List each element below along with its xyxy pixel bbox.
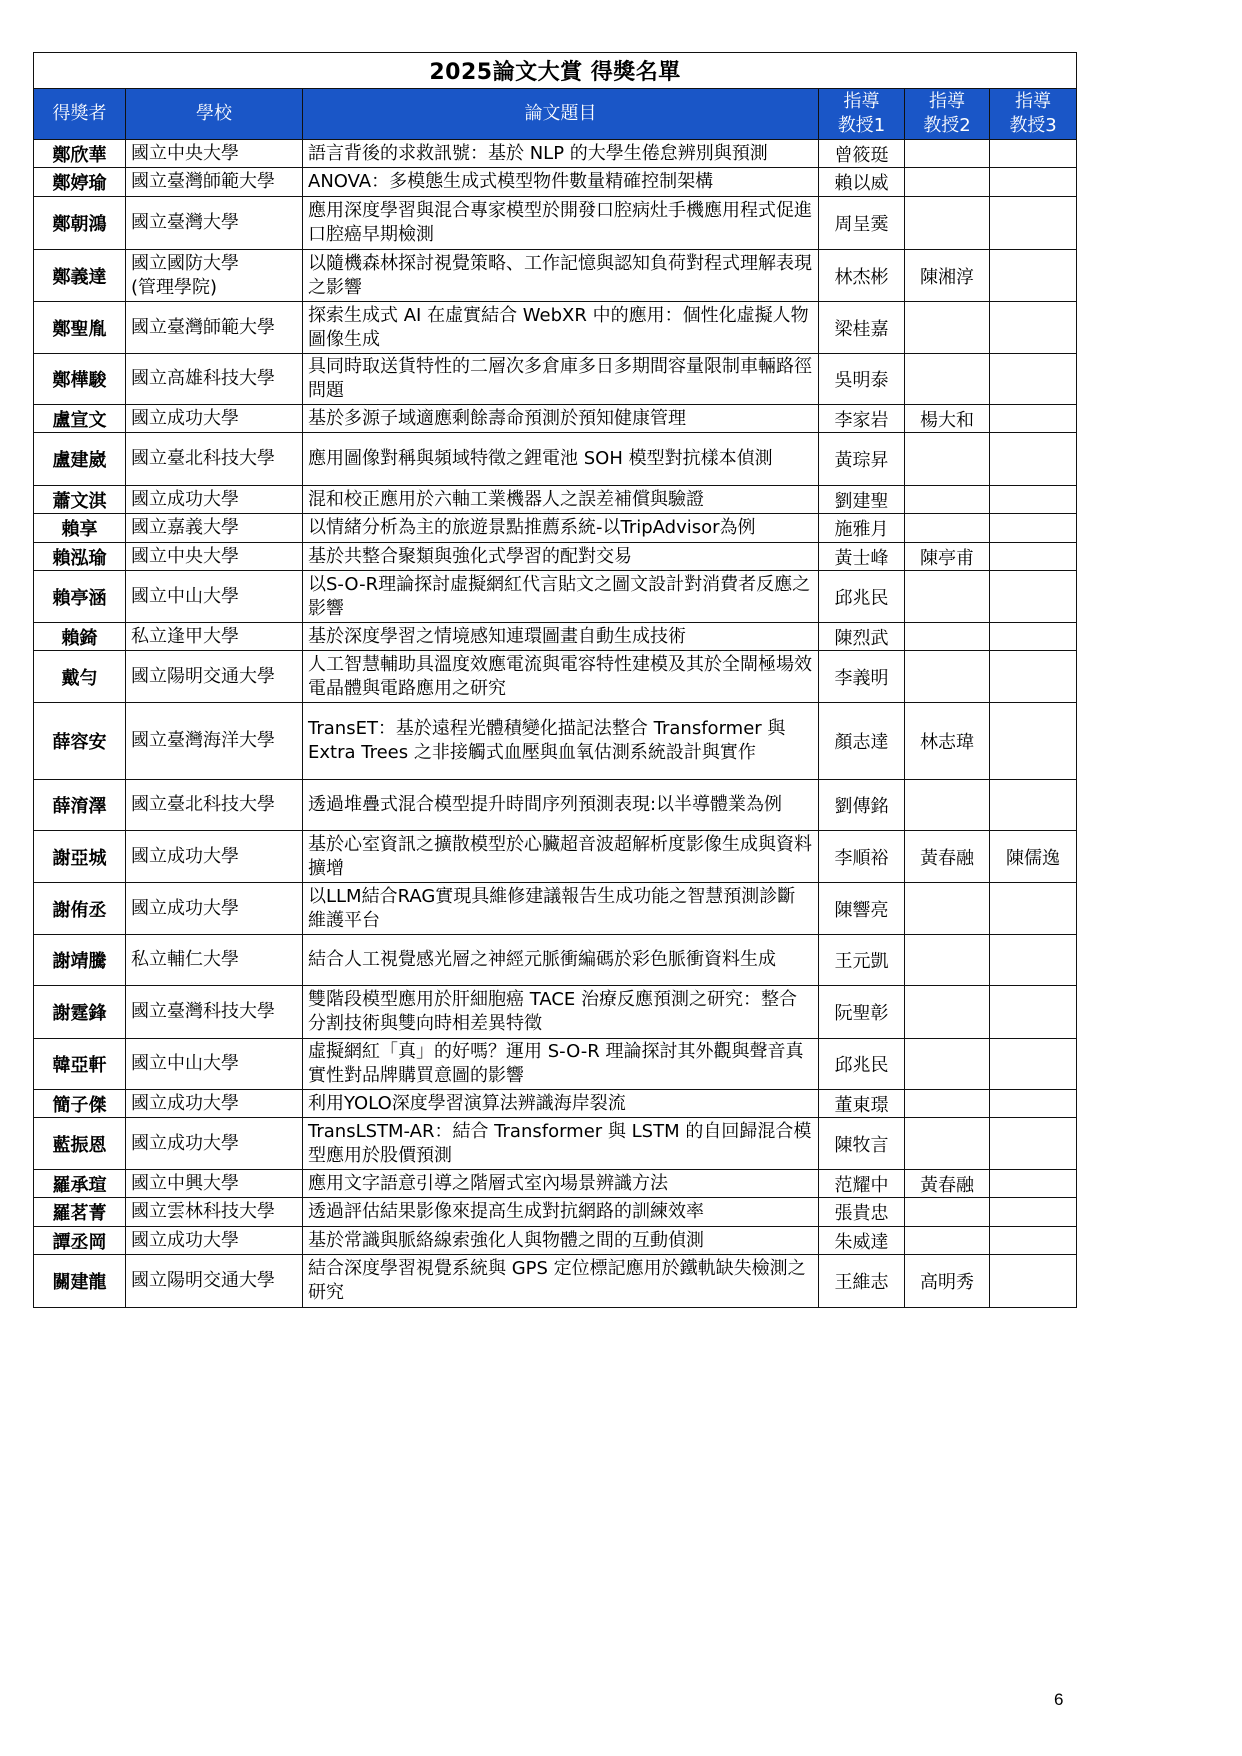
advisor-2-cell: 高明秀 — [905, 1255, 990, 1308]
advisor-1-cell: 朱威達 — [819, 1227, 905, 1255]
advisor-2-cell — [905, 302, 990, 354]
school-cell: 國立高雄科技大學 — [126, 354, 303, 405]
advisor-3-cell — [990, 433, 1077, 486]
advisor-1-cell: 王維志 — [819, 1255, 905, 1308]
table-row: 鄭婷瑜國立臺灣師範大學ANOVA：多模態生成式模型物件數量精確控制架構賴以威 — [34, 168, 1077, 197]
advisor-1-cell: 王元凱 — [819, 935, 905, 986]
advisor-1-cell: 邱兆民 — [819, 1039, 905, 1090]
advisor-1-cell: 曾筱珽 — [819, 140, 905, 168]
advisor-2-cell — [905, 651, 990, 703]
advisor-3-cell — [990, 168, 1077, 197]
document-page: 2025論文大賞 得獎名單 得獎者 學校 論文題目 指導 教授1 指導 教授2 … — [0, 0, 1242, 1756]
table-row: 謝霆鋒國立臺灣科技大學雙階段模型應用於肝細胞癌 TACE 治療反應預測之研究：整… — [34, 986, 1077, 1039]
school-cell: 國立中央大學 — [126, 543, 303, 571]
advisor-3-cell — [990, 354, 1077, 405]
table-title: 2025論文大賞 得獎名單 — [34, 53, 1077, 89]
awardee-name-cell: 謝靖騰 — [34, 935, 126, 986]
advisor-2-cell — [905, 935, 990, 986]
column-header-awardee: 得獎者 — [34, 89, 126, 140]
advisor-3-cell — [990, 197, 1077, 250]
thesis-title-cell: 混和校正應用於六軸工業機器人之誤差補償與驗證 — [303, 486, 819, 514]
thesis-title-cell: 結合人工視覺感光層之神經元脈衝編碼於彩色脈衝資料生成 — [303, 935, 819, 986]
advisor-1-cell: 陳烈武 — [819, 623, 905, 651]
advisor-2-cell — [905, 433, 990, 486]
advisor-3-cell — [990, 1227, 1077, 1255]
school-cell: 國立成功大學 — [126, 1227, 303, 1255]
table-row: 謝靖騰私立輔仁大學結合人工視覺感光層之神經元脈衝編碼於彩色脈衝資料生成王元凱 — [34, 935, 1077, 986]
awardee-name-cell: 羅承瑄 — [34, 1170, 126, 1198]
advisor-2-cell: 楊大和 — [905, 405, 990, 433]
school-cell: 國立雲林科技大學 — [126, 1198, 303, 1227]
awardee-name-cell: 賴泓瑜 — [34, 543, 126, 571]
advisor-3-cell — [990, 571, 1077, 623]
table-row: 盧宣文國立成功大學基於多源子域適應剩餘壽命預測於預知健康管理李家岩楊大和 — [34, 405, 1077, 433]
thesis-title-cell: 具同時取送貨特性的二層次多倉庫多日多期間容量限制車輛路徑問題 — [303, 354, 819, 405]
advisor-2-cell: 陳湘淳 — [905, 250, 990, 302]
advisor-3-cell — [990, 780, 1077, 831]
advisor-2-cell — [905, 514, 990, 543]
advisor-1-cell: 黃琮昇 — [819, 433, 905, 486]
thesis-title-cell: TransLSTM-AR：結合 Transformer 與 LSTM 的自回歸混… — [303, 1118, 819, 1170]
thesis-title-cell: 基於常識與脈絡線索強化人與物體之間的互動偵測 — [303, 1227, 819, 1255]
advisor-1-cell: 劉建聖 — [819, 486, 905, 514]
advisor-1-cell: 林杰彬 — [819, 250, 905, 302]
table-row: 關建龍國立陽明交通大學結合深度學習視覺系統與 GPS 定位標記應用於鐵軌缺失檢測… — [34, 1255, 1077, 1308]
advisor-1-cell: 梁桂嘉 — [819, 302, 905, 354]
advisor-1-cell: 吳明泰 — [819, 354, 905, 405]
school-cell: 國立臺灣師範大學 — [126, 302, 303, 354]
awardee-name-cell: 鄭婷瑜 — [34, 168, 126, 197]
table-row: 謝侑丞國立成功大學以LLM結合RAG實現具維修建議報告生成功能之智慧預測診斷維護… — [34, 883, 1077, 935]
school-cell: 國立成功大學 — [126, 1118, 303, 1170]
awardee-name-cell: 謝霆鋒 — [34, 986, 126, 1039]
school-cell: 國立中央大學 — [126, 140, 303, 168]
thesis-title-cell: 基於共整合聚類與強化式學習的配對交易 — [303, 543, 819, 571]
advisor-3-cell — [990, 1118, 1077, 1170]
school-cell: 國立陽明交通大學 — [126, 651, 303, 703]
table-row: 鄭聖胤國立臺灣師範大學探索生成式 AI 在虛實結合 WebXR 中的應用：個性化… — [34, 302, 1077, 354]
awardee-name-cell: 賴錡 — [34, 623, 126, 651]
thesis-title-cell: 利用YOLO深度學習演算法辨識海岸裂流 — [303, 1090, 819, 1118]
school-cell: 國立中山大學 — [126, 1039, 303, 1090]
awardee-name-cell: 鄭義達 — [34, 250, 126, 302]
advisor-2-cell — [905, 1090, 990, 1118]
school-cell: 國立成功大學 — [126, 831, 303, 883]
thesis-title-cell: 透過評估結果影像來提高生成對抗網路的訓練效率 — [303, 1198, 819, 1227]
awardee-name-cell: 蕭文淇 — [34, 486, 126, 514]
table-header-row: 得獎者 學校 論文題目 指導 教授1 指導 教授2 指導 教授3 — [34, 89, 1077, 140]
thesis-title-cell: 以S-O-R理論探討虛擬網紅代言貼文之圖文設計對消費者反應之影響 — [303, 571, 819, 623]
advisor-3-cell — [990, 1255, 1077, 1308]
thesis-title-cell: 應用圖像對稱與頻域特徵之鋰電池 SOH 模型對抗樣本偵測 — [303, 433, 819, 486]
thesis-title-cell: 基於深度學習之情境感知連環圖畫自動生成技術 — [303, 623, 819, 651]
advisor-3-cell — [990, 514, 1077, 543]
advisor-3-cell — [990, 250, 1077, 302]
column-header-school: 學校 — [126, 89, 303, 140]
thesis-title-cell: 應用文字語意引導之階層式室內場景辨識方法 — [303, 1170, 819, 1198]
advisor-3-cell — [990, 623, 1077, 651]
advisor-1-cell: 阮聖彰 — [819, 986, 905, 1039]
awardee-name-cell: 戴勻 — [34, 651, 126, 703]
advisor-3-cell — [990, 140, 1077, 168]
school-cell: 國立臺北科技大學 — [126, 433, 303, 486]
awardee-name-cell: 譚丞岡 — [34, 1227, 126, 1255]
column-header-advisor-3: 指導 教授3 — [990, 89, 1077, 140]
awardee-name-cell: 鄭欣華 — [34, 140, 126, 168]
advisor-1-cell: 范耀中 — [819, 1170, 905, 1198]
advisor-1-cell: 顏志達 — [819, 703, 905, 780]
thesis-title-cell: TransET：基於遠程光體積變化描記法整合 Transformer 與 Ext… — [303, 703, 819, 780]
awardee-name-cell: 謝侑丞 — [34, 883, 126, 935]
awardee-name-cell: 關建龍 — [34, 1255, 126, 1308]
advisor-1-cell: 邱兆民 — [819, 571, 905, 623]
advisor-2-cell — [905, 986, 990, 1039]
thesis-title-cell: 應用深度學習與混合專家模型於開發口腔病灶手機應用程式促進口腔癌早期檢測 — [303, 197, 819, 250]
thesis-title-cell: 基於心室資訊之擴散模型於心臟超音波超解析度影像生成與資料擴增 — [303, 831, 819, 883]
awardee-name-cell: 賴享 — [34, 514, 126, 543]
table-row: 鄭樺駿國立高雄科技大學具同時取送貨特性的二層次多倉庫多日多期間容量限制車輛路徑問… — [34, 354, 1077, 405]
thesis-title-cell: 以情緒分析為主的旅遊景點推薦系統-以TripAdvisor為例 — [303, 514, 819, 543]
advisor-2-cell: 黃春融 — [905, 1170, 990, 1198]
table-row: 薛容安國立臺灣海洋大學TransET：基於遠程光體積變化描記法整合 Transf… — [34, 703, 1077, 780]
column-header-advisor-2: 指導 教授2 — [905, 89, 990, 140]
thesis-title-cell: 以隨機森林探討視覺策略、工作記憶與認知負荷對程式理解表現之影響 — [303, 250, 819, 302]
advisor-1-cell: 董東璟 — [819, 1090, 905, 1118]
advisor-1-cell: 張貴忠 — [819, 1198, 905, 1227]
advisor-1-cell: 黃士峰 — [819, 543, 905, 571]
school-cell: 私立逢甲大學 — [126, 623, 303, 651]
table-body: 鄭欣華國立中央大學語言背後的求救訊號：基於 NLP 的大學生倦怠辨別與預測曾筱珽… — [34, 140, 1077, 1308]
advisor-1-cell: 賴以威 — [819, 168, 905, 197]
table-row: 賴錡私立逢甲大學基於深度學習之情境感知連環圖畫自動生成技術陳烈武 — [34, 623, 1077, 651]
table-row: 韓亞軒國立中山大學虛擬網紅「真」的好嗎？運用 S-O-R 理論探討其外觀與聲音真… — [34, 1039, 1077, 1090]
school-cell: 國立中興大學 — [126, 1170, 303, 1198]
thesis-title-cell: 以LLM結合RAG實現具維修建議報告生成功能之智慧預測診斷維護平台 — [303, 883, 819, 935]
school-cell: 國立成功大學 — [126, 1090, 303, 1118]
advisor-2-cell — [905, 486, 990, 514]
advisor-3-cell — [990, 883, 1077, 935]
advisor-2-cell — [905, 168, 990, 197]
advisor-3-cell — [990, 703, 1077, 780]
awardee-name-cell: 賴亭涵 — [34, 571, 126, 623]
advisor-1-cell: 施雅月 — [819, 514, 905, 543]
table-row: 羅茗菁國立雲林科技大學透過評估結果影像來提高生成對抗網路的訓練效率張貴忠 — [34, 1198, 1077, 1227]
thesis-title-cell: 結合深度學習視覺系統與 GPS 定位標記應用於鐵軌缺失檢測之研究 — [303, 1255, 819, 1308]
table-row: 鄭朝鴻國立臺灣大學應用深度學習與混合專家模型於開發口腔病灶手機應用程式促進口腔癌… — [34, 197, 1077, 250]
advisor-2-cell — [905, 197, 990, 250]
table-row: 鄭欣華國立中央大學語言背後的求救訊號：基於 NLP 的大學生倦怠辨別與預測曾筱珽 — [34, 140, 1077, 168]
advisor-2-cell — [905, 1118, 990, 1170]
awardee-name-cell: 謝亞城 — [34, 831, 126, 883]
table-row: 盧建崴國立臺北科技大學應用圖像對稱與頻域特徵之鋰電池 SOH 模型對抗樣本偵測黃… — [34, 433, 1077, 486]
advisor-3-cell — [990, 486, 1077, 514]
column-header-advisor-1: 指導 教授1 — [819, 89, 905, 140]
school-cell: 國立陽明交通大學 — [126, 1255, 303, 1308]
advisor-3-cell — [990, 302, 1077, 354]
awardee-name-cell: 鄭樺駿 — [34, 354, 126, 405]
awardee-name-cell: 簡子傑 — [34, 1090, 126, 1118]
advisor-1-cell: 李順裕 — [819, 831, 905, 883]
advisor-2-cell: 林志瑋 — [905, 703, 990, 780]
table-row: 賴泓瑜國立中央大學基於共整合聚類與強化式學習的配對交易黃士峰陳亭甫 — [34, 543, 1077, 571]
school-cell: 國立國防大學 (管理學院) — [126, 250, 303, 302]
advisor-2-cell: 陳亭甫 — [905, 543, 990, 571]
awardee-name-cell: 薛容安 — [34, 703, 126, 780]
advisor-3-cell — [990, 986, 1077, 1039]
table-row: 賴亭涵國立中山大學以S-O-R理論探討虛擬網紅代言貼文之圖文設計對消費者反應之影… — [34, 571, 1077, 623]
thesis-title-cell: 虛擬網紅「真」的好嗎？運用 S-O-R 理論探討其外觀與聲音真實性對品牌購買意圖… — [303, 1039, 819, 1090]
table-row: 謝亞城國立成功大學基於心室資訊之擴散模型於心臟超音波超解析度影像生成與資料擴增李… — [34, 831, 1077, 883]
advisor-2-cell — [905, 883, 990, 935]
awardee-name-cell: 藍振恩 — [34, 1118, 126, 1170]
advisor-2-cell — [905, 571, 990, 623]
table-row: 譚丞岡國立成功大學基於常識與脈絡線索強化人與物體之間的互動偵測朱威達 — [34, 1227, 1077, 1255]
advisor-2-cell — [905, 623, 990, 651]
school-cell: 國立成功大學 — [126, 486, 303, 514]
school-cell: 私立輔仁大學 — [126, 935, 303, 986]
column-header-thesis-title: 論文題目 — [303, 89, 819, 140]
advisor-3-cell — [990, 405, 1077, 433]
advisor-1-cell: 李義明 — [819, 651, 905, 703]
advisor-3-cell — [990, 935, 1077, 986]
page-number: 6 — [1054, 1690, 1063, 1710]
school-cell: 國立臺灣大學 — [126, 197, 303, 250]
table-row: 蕭文淇國立成功大學混和校正應用於六軸工業機器人之誤差補償與驗證劉建聖 — [34, 486, 1077, 514]
advisor-3-cell: 陳儒逸 — [990, 831, 1077, 883]
advisor-3-cell — [990, 651, 1077, 703]
thesis-title-cell: 人工智慧輔助具溫度效應電流與電容特性建模及其於全閘極場效電晶體與電路應用之研究 — [303, 651, 819, 703]
advisor-1-cell: 劉傳銘 — [819, 780, 905, 831]
thesis-title-cell: 探索生成式 AI 在虛實結合 WebXR 中的應用：個性化虛擬人物圖像生成 — [303, 302, 819, 354]
school-cell: 國立成功大學 — [126, 405, 303, 433]
school-cell: 國立臺灣科技大學 — [126, 986, 303, 1039]
awardee-name-cell: 羅茗菁 — [34, 1198, 126, 1227]
table-row: 鄭義達國立國防大學 (管理學院)以隨機森林探討視覺策略、工作記憶與認知負荷對程式… — [34, 250, 1077, 302]
thesis-title-cell: 透過堆疊式混合模型提升時間序列預測表現:以半導體業為例 — [303, 780, 819, 831]
advisor-3-cell — [990, 1170, 1077, 1198]
table-row: 簡子傑國立成功大學利用YOLO深度學習演算法辨識海岸裂流董東璟 — [34, 1090, 1077, 1118]
awardee-name-cell: 鄭朝鴻 — [34, 197, 126, 250]
school-cell: 國立嘉義大學 — [126, 514, 303, 543]
awardee-name-cell: 韓亞軒 — [34, 1039, 126, 1090]
thesis-title-cell: ANOVA：多模態生成式模型物件數量精確控制架構 — [303, 168, 819, 197]
thesis-title-cell: 基於多源子域適應剩餘壽命預測於預知健康管理 — [303, 405, 819, 433]
table-row: 戴勻國立陽明交通大學人工智慧輔助具溫度效應電流與電容特性建模及其於全閘極場效電晶… — [34, 651, 1077, 703]
table-row: 羅承瑄國立中興大學應用文字語意引導之階層式室內場景辨識方法范耀中黃春融 — [34, 1170, 1077, 1198]
table-row: 藍振恩國立成功大學TransLSTM-AR：結合 Transformer 與 L… — [34, 1118, 1077, 1170]
advisor-3-cell — [990, 1090, 1077, 1118]
awardee-name-cell: 薛淯澤 — [34, 780, 126, 831]
advisor-2-cell — [905, 1039, 990, 1090]
advisor-2-cell: 黃春融 — [905, 831, 990, 883]
advisor-3-cell — [990, 1198, 1077, 1227]
advisor-3-cell — [990, 543, 1077, 571]
advisor-2-cell — [905, 354, 990, 405]
advisor-1-cell: 陳牧言 — [819, 1118, 905, 1170]
awardee-name-cell: 盧宣文 — [34, 405, 126, 433]
school-cell: 國立成功大學 — [126, 883, 303, 935]
advisor-2-cell — [905, 1198, 990, 1227]
awardee-name-cell: 鄭聖胤 — [34, 302, 126, 354]
school-cell: 國立臺灣師範大學 — [126, 168, 303, 197]
advisor-1-cell: 陳響亮 — [819, 883, 905, 935]
school-cell: 國立中山大學 — [126, 571, 303, 623]
table-row: 薛淯澤國立臺北科技大學透過堆疊式混合模型提升時間序列預測表現:以半導體業為例劉傳… — [34, 780, 1077, 831]
awardee-name-cell: 盧建崴 — [34, 433, 126, 486]
school-cell: 國立臺北科技大學 — [126, 780, 303, 831]
thesis-title-cell: 雙階段模型應用於肝細胞癌 TACE 治療反應預測之研究：整合分割技術與雙向時相差… — [303, 986, 819, 1039]
advisor-3-cell — [990, 1039, 1077, 1090]
table-row: 賴享國立嘉義大學以情緒分析為主的旅遊景點推薦系統-以TripAdvisor為例施… — [34, 514, 1077, 543]
thesis-title-cell: 語言背後的求救訊號：基於 NLP 的大學生倦怠辨別與預測 — [303, 140, 819, 168]
awards-table: 2025論文大賞 得獎名單 得獎者 學校 論文題目 指導 教授1 指導 教授2 … — [33, 52, 1077, 1308]
advisor-1-cell: 李家岩 — [819, 405, 905, 433]
advisor-2-cell — [905, 1227, 990, 1255]
advisor-2-cell — [905, 140, 990, 168]
advisor-2-cell — [905, 780, 990, 831]
school-cell: 國立臺灣海洋大學 — [126, 703, 303, 780]
advisor-1-cell: 周呈霙 — [819, 197, 905, 250]
